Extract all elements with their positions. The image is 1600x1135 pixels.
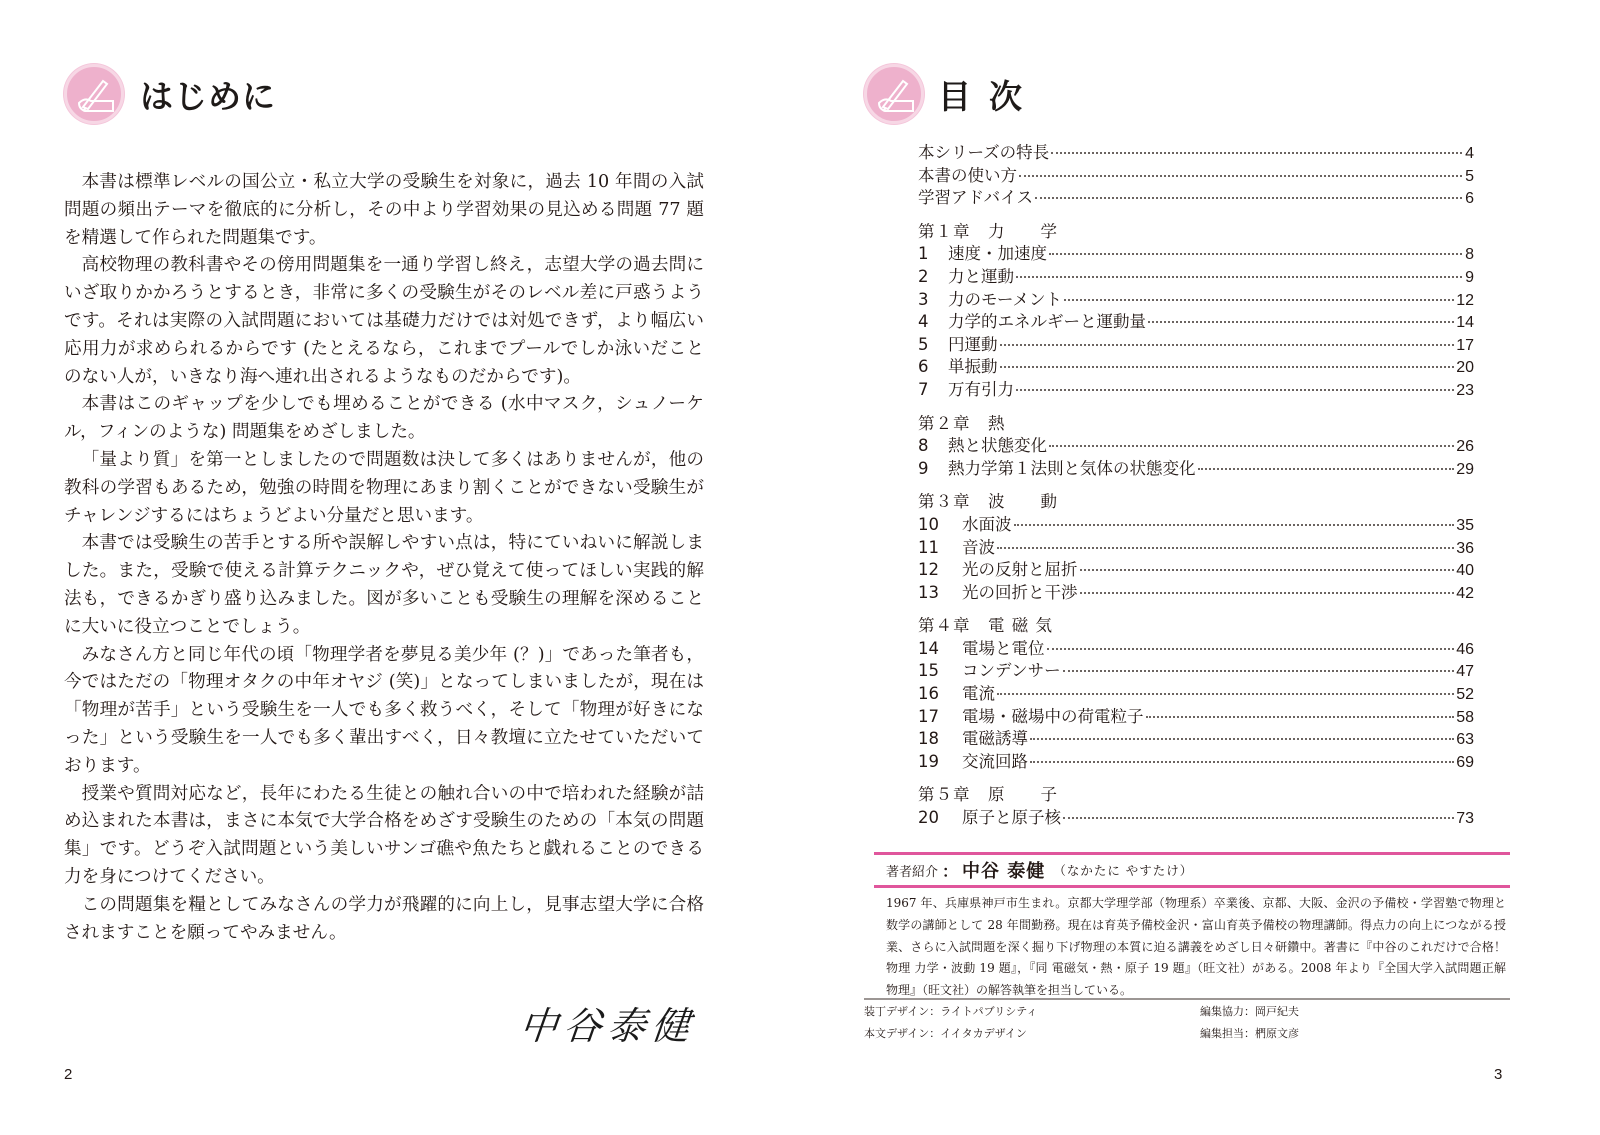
toc-entry-page: 5 — [1464, 166, 1474, 189]
toc-entry-page: 40 — [1456, 560, 1474, 583]
toc-entry-number: 3 — [918, 289, 948, 312]
pen-hand-icon — [64, 64, 124, 124]
toc-entry[interactable]: 1速度・加速度8 — [918, 243, 1474, 266]
leader-dots — [1016, 389, 1454, 391]
chapter-title[interactable]: 第４章 電 磁 気 — [918, 615, 1474, 638]
toc-entry-number: 5 — [918, 334, 948, 357]
toc-entry-page: 36 — [1456, 538, 1474, 561]
table-of-contents: 本シリーズの特長 4 本書の使い方 5 学習アドバイス 6 第１章 力 学 1速… — [918, 142, 1474, 841]
paragraph: 「量より質」を第一としましたので問題数は決して多くはありませんが，他の教科の学習… — [64, 447, 704, 530]
toc-entry-page: 46 — [1456, 639, 1474, 662]
toc-entry[interactable]: 15コンデンサー47 — [918, 660, 1474, 683]
author-profile: 著者紹介 ： 中谷 泰健 （なかたに やすたけ） 1967 年、兵庫県神戸市生ま… — [874, 852, 1510, 1006]
toc-entry-page: 20 — [1456, 357, 1474, 380]
toc-entry-label: 力のモーメント — [948, 289, 1062, 312]
toc-entry[interactable]: 本書の使い方 5 — [918, 165, 1474, 188]
leader-dots — [1016, 276, 1462, 278]
toc-entry[interactable]: 4力学的エネルギーと運動量14 — [918, 311, 1474, 334]
toc-entry-label: 単振動 — [948, 356, 998, 379]
toc-entry-label: コンデンサー — [962, 660, 1061, 683]
leader-dots — [1063, 817, 1454, 819]
toc-entry-number: 20 — [918, 807, 962, 830]
toc-entry-label: 電場と電位 — [962, 638, 1045, 661]
leader-dots — [1080, 569, 1455, 571]
leader-dots — [1014, 524, 1455, 526]
toc-entry-page: 58 — [1456, 707, 1474, 730]
paragraph: 本書は標準レベルの国公立・私立大学の受験生を対象に，過去 10 年間の入試問題の… — [64, 169, 704, 252]
toc-entry[interactable]: 5円運動17 — [918, 334, 1474, 357]
paragraph: この問題集を糧としてみなさんの学力が飛躍的に向上し，見事志望大学に合格されますこ… — [64, 892, 704, 948]
toc-entry-number: 12 — [918, 559, 962, 582]
leader-dots — [1080, 592, 1455, 594]
toc-entry[interactable]: 13光の回折と干渉42 — [918, 582, 1474, 605]
toc-entry[interactable]: 16電流52 — [918, 683, 1474, 706]
toc-entry-number: 1 — [918, 243, 948, 266]
toc-entry-number: 18 — [918, 728, 962, 751]
toc-entry-label: 熱と状態変化 — [948, 435, 1047, 458]
toc-entry-label: 電場・磁場中の荷電粒子 — [962, 706, 1144, 729]
toc-entry[interactable]: 学習アドバイス 6 — [918, 187, 1474, 210]
leader-dots — [1049, 445, 1454, 447]
toc-entry[interactable]: 11音波36 — [918, 537, 1474, 560]
toc-chapter-1: 第１章 力 学 1速度・加速度8 2力と運動9 3力のモーメント12 4力学的エ… — [918, 221, 1474, 402]
leader-dots — [1030, 738, 1454, 740]
leader-dots — [1000, 366, 1455, 368]
toc-chapter-5: 第５章 原 子 20原子と原子核73 — [918, 784, 1474, 829]
page-number: 3 — [1494, 1066, 1502, 1083]
leader-dots — [1030, 761, 1454, 763]
author-bio: 1967 年、兵庫県神戸市生まれ。京都大学理学部（物理系）卒業後、京都、大阪、金… — [874, 888, 1510, 1006]
toc-entry[interactable]: 18電磁誘導63 — [918, 728, 1474, 751]
toc-entry-number: 16 — [918, 683, 962, 706]
toc-entry-page: 14 — [1456, 312, 1474, 335]
toc-entry-label: 学習アドバイス — [918, 187, 1033, 210]
page-number: 2 — [64, 1066, 72, 1083]
paragraph: 本書はこのギャップを少しでも埋めることができる (水中マスク，シュノーケル，フィ… — [64, 391, 704, 447]
toc-entry-label: 交流回路 — [962, 751, 1028, 774]
toc-entry-page: 73 — [1456, 808, 1474, 831]
leader-dots — [1035, 197, 1462, 199]
credit-text-design: 本文デザイン：イイタカデザイン — [864, 1025, 1200, 1041]
toc-entry[interactable]: 9熱力学第１法則と気体の状態変化29 — [918, 458, 1474, 481]
toc-entry-label: 力と運動 — [948, 266, 1014, 289]
toc-entry-label: 万有引力 — [948, 379, 1014, 402]
divider — [864, 998, 1510, 1000]
toc-entry[interactable]: 17電場・磁場中の荷電粒子58 — [918, 706, 1474, 729]
toc-entry-page: 8 — [1464, 244, 1474, 267]
page-title: 目次 — [938, 71, 1040, 118]
page-title: はじめに — [140, 71, 276, 118]
toc-entry-label: 電磁誘導 — [962, 728, 1028, 751]
toc-entry-number: 13 — [918, 582, 962, 605]
chapter-title[interactable]: 第３章 波 動 — [918, 491, 1474, 514]
toc-entry-page: 9 — [1464, 267, 1474, 290]
toc-entry-label: 熱力学第１法則と気体の状態変化 — [948, 458, 1196, 481]
pen-hand-icon — [864, 64, 924, 124]
toc-entry-page: 4 — [1464, 143, 1474, 166]
toc-entry-page: 12 — [1456, 290, 1474, 313]
leader-dots — [1019, 175, 1462, 177]
leader-dots — [1051, 152, 1462, 154]
paragraph: 授業や質問対応など，長年にわたる生徒との触れ合いの中で培われた経験が詰め込まれた… — [64, 781, 704, 892]
toc-entry-label: 音波 — [962, 537, 995, 560]
toc-entry-label: 光の反射と屈折 — [962, 559, 1078, 582]
toc-entry-number: 14 — [918, 638, 962, 661]
toc-entry-number: 6 — [918, 356, 948, 379]
toc-entry[interactable]: 19交流回路69 — [918, 751, 1474, 774]
toc-entry-number: 7 — [918, 379, 948, 402]
credits: 装丁デザイン：ライトパブリシティ 編集協力：岡戸紀夫 本文デザイン：イイタカデザ… — [864, 1003, 1510, 1041]
chapter-title[interactable]: 第１章 力 学 — [918, 221, 1474, 244]
toc-entry-label: 本シリーズの特長 — [918, 142, 1049, 165]
toc-entry[interactable]: 6単振動20 — [918, 356, 1474, 379]
leader-dots — [997, 693, 1454, 695]
toc-entry-number: 17 — [918, 706, 962, 729]
toc-entry-label: 本書の使い方 — [918, 165, 1017, 188]
paragraph: 高校物理の教科書やその傍用問題集を一通り学習し終え，志望大学の過去問にいざ取りか… — [64, 252, 704, 391]
toc-entry-page: 35 — [1456, 515, 1474, 538]
author-heading: 著者紹介 ： 中谷 泰健 （なかたに やすたけ） — [874, 855, 1510, 885]
toc-entry-number: 19 — [918, 751, 962, 774]
toc-front-matter: 本シリーズの特長 4 本書の使い方 5 学習アドバイス 6 — [918, 142, 1474, 210]
toc-entry[interactable]: 8熱と状態変化26 — [918, 435, 1474, 458]
toc-entry-label: 光の回折と干渉 — [962, 582, 1078, 605]
toc-entry-number: 15 — [918, 660, 962, 683]
toc-entry-label: 水面波 — [962, 514, 1012, 537]
toc-entry-page: 26 — [1456, 436, 1474, 459]
toc-entry[interactable]: 20原子と原子核73 — [918, 807, 1474, 830]
paragraph: 本書では受験生の苦手とする所や誤解しやすい点は，特にていねいに解説しました。また… — [64, 530, 704, 641]
chapter-title[interactable]: 第５章 原 子 — [918, 784, 1474, 807]
left-page: はじめに 本書は標準レベルの国公立・私立大学の受験生を対象に，過去 10 年間の… — [0, 0, 800, 1135]
toc-entry[interactable]: 10水面波35 — [918, 514, 1474, 537]
toc-entry-label: 力学的エネルギーと運動量 — [948, 311, 1146, 334]
toc-entry-number: 8 — [918, 435, 948, 458]
leader-dots — [1063, 670, 1455, 672]
toc-entry-label: 原子と原子核 — [962, 807, 1061, 830]
toc-entry-page: 29 — [1456, 459, 1474, 482]
intro-heading: はじめに — [64, 64, 276, 124]
toc-heading: 目次 — [864, 64, 1040, 124]
toc-entry[interactable]: 14電場と電位46 — [918, 638, 1474, 661]
credit-editor: 編集担当：椚原文彦 — [1200, 1025, 1510, 1041]
credit-cover-design: 装丁デザイン：ライトパブリシティ — [864, 1003, 1200, 1019]
leader-dots — [1000, 344, 1455, 346]
leader-dots — [1049, 253, 1462, 255]
toc-entry-page: 47 — [1456, 661, 1474, 684]
author-signature: 中谷泰健 — [517, 995, 699, 1050]
toc-entry[interactable]: 2力と運動9 — [918, 266, 1474, 289]
toc-entry-number: 2 — [918, 266, 948, 289]
toc-entry-page: 23 — [1456, 380, 1474, 403]
toc-entry-page: 6 — [1464, 188, 1474, 211]
leader-dots — [1198, 468, 1455, 470]
toc-entry-label: 電流 — [962, 683, 995, 706]
author-reading: （なかたに やすたけ） — [1053, 861, 1193, 879]
toc-entry-page: 69 — [1456, 752, 1474, 775]
author-name: 中谷 泰健 — [962, 857, 1045, 883]
toc-entry-number: 9 — [918, 458, 948, 481]
toc-entry-number: 10 — [918, 514, 962, 537]
toc-entry[interactable]: 12光の反射と屈折40 — [918, 559, 1474, 582]
right-page: 目次 本シリーズの特長 4 本書の使い方 5 学習アドバイス 6 第１章 力 学… — [800, 0, 1600, 1135]
toc-entry-number: 4 — [918, 311, 948, 334]
toc-chapter-2: 第２章 熱 8熱と状態変化26 9熱力学第１法則と気体の状態変化29 — [918, 413, 1474, 481]
author-label: 著者紹介 — [886, 861, 938, 880]
toc-entry[interactable]: 3力のモーメント12 — [918, 289, 1474, 312]
author-colon: ： — [942, 859, 958, 882]
leader-dots — [1146, 716, 1455, 718]
toc-entry-label: 速度・加速度 — [948, 243, 1047, 266]
toc-entry[interactable]: 本シリーズの特長 4 — [918, 142, 1474, 165]
paragraph: みなさん方と同じ年代の頃「物理学者を夢見る美少年 (？)」であった筆者も，今では… — [64, 642, 704, 781]
toc-entry-label: 円運動 — [948, 334, 998, 357]
toc-chapter-4: 第４章 電 磁 気 14電場と電位46 15コンデンサー47 16電流52 17… — [918, 615, 1474, 773]
leader-dots — [1064, 299, 1454, 301]
leader-dots — [997, 547, 1454, 549]
intro-body: 本書は標準レベルの国公立・私立大学の受験生を対象に，過去 10 年間の入試問題の… — [64, 169, 704, 947]
toc-chapter-3: 第３章 波 動 10水面波35 11音波36 12光の反射と屈折40 13光の回… — [918, 491, 1474, 604]
chapter-title[interactable]: 第２章 熱 — [918, 413, 1474, 436]
toc-entry-page: 63 — [1456, 729, 1474, 752]
credit-editorial-cooperation: 編集協力：岡戸紀夫 — [1200, 1003, 1510, 1019]
toc-entry-page: 42 — [1456, 583, 1474, 606]
toc-entry-number: 11 — [918, 537, 962, 560]
leader-dots — [1047, 648, 1455, 650]
toc-entry-page: 52 — [1456, 684, 1474, 707]
leader-dots — [1148, 321, 1454, 323]
toc-entry-page: 17 — [1456, 335, 1474, 358]
toc-entry[interactable]: 7万有引力23 — [918, 379, 1474, 402]
